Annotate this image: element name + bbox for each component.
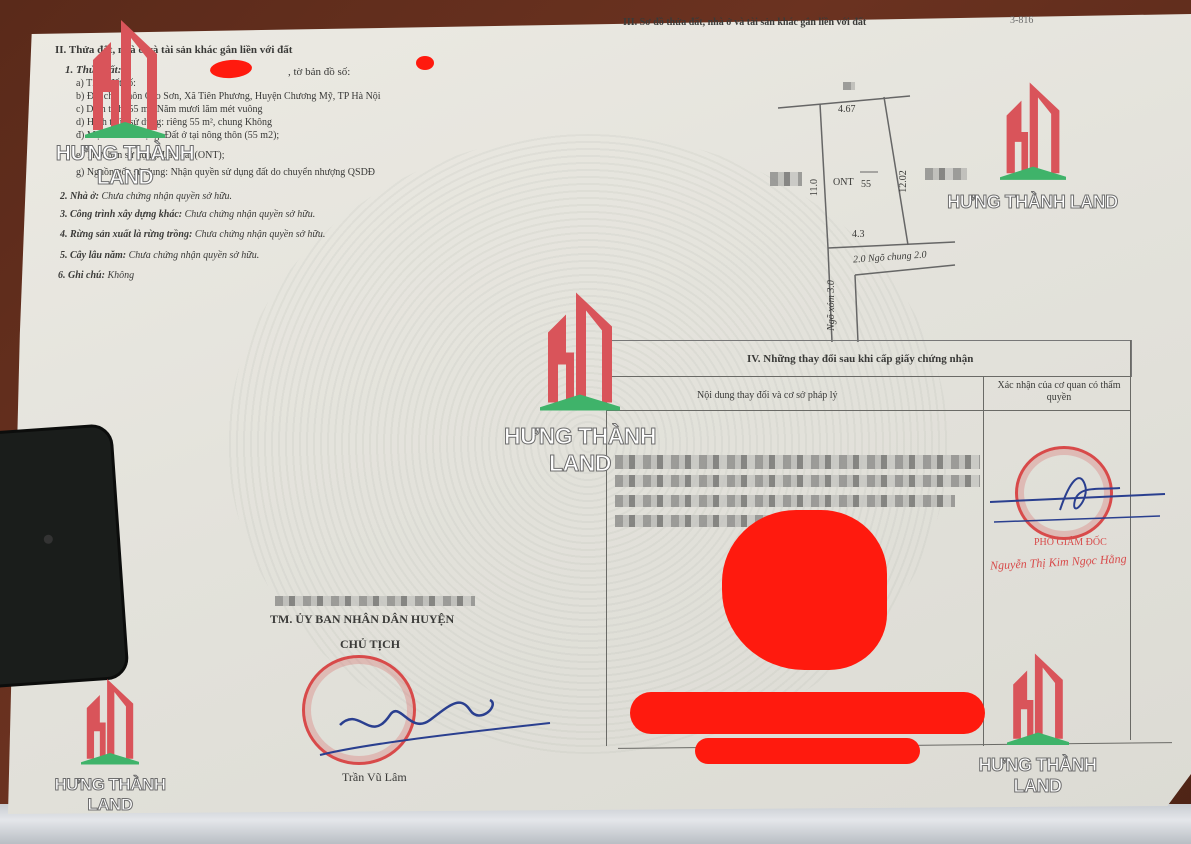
ht-logo-icon [1007,650,1069,750]
redaction-mark [722,510,887,670]
page-code: 3-816 [1010,15,1033,26]
changes-col1-header: Nội dung thay đổi và cơ sở pháp lý [697,390,838,401]
watermark-logo: HƯNG THÀNH LAND [955,650,1120,785]
pixelated-redaction [615,495,955,507]
item-2: 2. Nhà ở: Chưa chứng nhận quyền sở hữu. [60,191,232,202]
pixelated-redaction [770,172,802,186]
changes-col2-header: Xác nhận của cơ quan có thẩm quyền [994,380,1124,404]
plot-bottom-edge: 4.3 [852,229,865,240]
item1-map-sheet: , tờ bản đồ số: [288,66,350,78]
watermark-logo: HƯNG THÀNH LAND [475,290,685,455]
signatory-title: CHỦ TỊCH [340,637,400,652]
item-5: 5. Cây lâu năm: Chưa chứng nhận quyền sở… [60,250,259,261]
plot-top-edge: 4.67 [838,104,856,115]
item-6: 6. Ghi chú: Không [58,270,134,281]
signatory-org: TM. ỦY BAN NHÂN DÂN HUYỆN [270,612,454,627]
changes-table-title: IV. Những thay đổi sau khi cấp giấy chứn… [747,353,973,365]
signature-right [990,460,1170,530]
redaction-mark [416,56,434,70]
smartphone [0,423,130,689]
table-rule [1130,340,1131,740]
signatory-name: Trần Vũ Lâm [342,770,407,785]
ht-logo-icon [1000,82,1066,182]
item-3: 3. Công trình xây dựng khác: Chưa chứng … [60,209,315,220]
plot-side-alley-label: Ngõ xóm 3.0 [826,280,837,331]
watermark-logo: HƯNG THÀNH LAND [30,20,220,170]
plot-right-edge: 12.02 [898,170,909,193]
item-4: 4. Rừng sản xuất là rừng trồng: Chưa chứ… [60,229,325,240]
watermark-logo: HƯNG THÀNH LAND [30,675,190,805]
ht-logo-icon [81,675,139,770]
plot-land-code: ONT [833,177,854,188]
plot-area: 55 [861,179,871,190]
front-camera [44,534,54,544]
signature-left [300,685,560,765]
redaction-mark [695,738,920,764]
confirm-title: PHÓ GIÁM ĐỐC [1034,537,1107,548]
pixelated-redaction [843,82,855,90]
watermark-logo: HƯNG THÀNH LAND [945,82,1120,222]
plot-left-edge: 11.0 [809,179,820,196]
redaction-mark [630,692,985,734]
section-iii-title: III. Sơ đồ thửa đất, nhà ở và tài sản kh… [623,17,866,28]
pixelated-redaction [275,596,475,606]
ht-logo-icon [540,290,620,415]
ht-logo-icon [85,20,165,140]
